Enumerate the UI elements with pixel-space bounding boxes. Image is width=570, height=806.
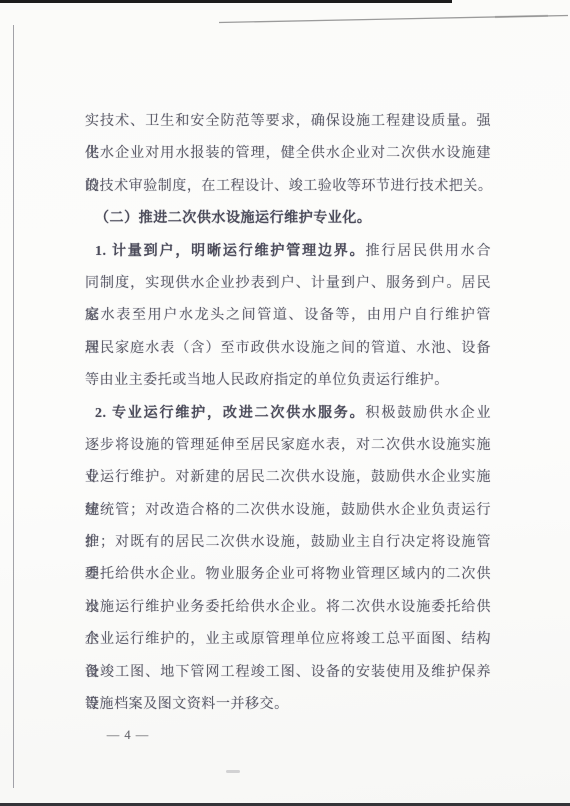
- text-line: 护；对既有的居民二次供水设施，鼓励业主自行决定将设施管理: [85, 527, 491, 559]
- document-body: 实技术、卫生和安全防范等要求，确保设施工程建设质量。强化供水企业对用水报装的管理…: [85, 106, 491, 721]
- text-line: 供水企业对用水报装的管理，健全供水企业对二次供水设施建设: [85, 138, 491, 170]
- text-line: 等由业主委托或当地人民政府指定的单位负责运行维护。: [85, 365, 491, 397]
- scan-smudge: [226, 770, 240, 773]
- body-text: 积极鼓励供水企业: [366, 406, 491, 421]
- body-text: 推行居民供用水合: [366, 244, 491, 259]
- text-line: 同制度，实现供水企业抄表到户、计量到户、服务到户。居民家: [85, 268, 491, 300]
- body-text: 等由业主委托或当地人民政府指定的单位负责运行维护。: [85, 373, 449, 388]
- text-line: 委托给供水企业。物业服务企业可将物业管理区域内的二次供水: [85, 559, 491, 591]
- heading-text: 2. 专业运行维护，改进二次供水服务。: [95, 406, 366, 421]
- text-line: 设施档案及图文资料一并移交。: [85, 689, 491, 721]
- text-line: 企业运行维护的，业主或原管理单位应将竣工总平面图、结构设: [85, 624, 491, 656]
- text-line: （二）推进二次供水设施运行维护专业化。: [85, 203, 491, 235]
- text-line: 庭水表至用户水龙头之间管道、设备等，由用户自行维护管理；: [85, 300, 491, 332]
- text-line: 逐步将设施的管理延伸至居民家庭水表，对二次供水设施实施专: [85, 430, 491, 462]
- body-text: 的技术审验制度，在工程设计、竣工验收等环节进行技术把关。: [85, 179, 492, 194]
- page-number: — 4 —: [97, 728, 159, 743]
- text-line: 设施运行维护业务委托给供水企业。将二次供水设施委托给供水: [85, 592, 491, 624]
- heading-text: 1. 计量到户，明晰运行维护管理边界。: [95, 244, 366, 259]
- body-text: 居民家庭水表（含）至市政供水设施之间的管道、水池、设备: [85, 341, 491, 356]
- text-line: 居民家庭水表（含）至市政供水设施之间的管道、水池、设备: [85, 333, 491, 365]
- text-line: 2. 专业运行维护，改进二次供水服务。积极鼓励供水企业: [85, 398, 491, 430]
- scanned-document-page: 实技术、卫生和安全防范等要求，确保设施工程建设质量。强化供水企业对用水报装的管理…: [0, 0, 570, 806]
- scan-edge-left: [13, 25, 14, 788]
- text-line: 实技术、卫生和安全防范等要求，确保设施工程建设质量。强化: [85, 106, 491, 138]
- text-line: 1. 计量到户，明晰运行维护管理边界。推行居民供用水合: [85, 236, 491, 268]
- text-line: 业运行维护。对新建的居民二次供水设施，鼓励供水企业实施统: [85, 462, 491, 494]
- text-line: 建统管；对改造合格的二次供水设施，鼓励供水企业负责运行维: [85, 495, 491, 527]
- body-text: 设施档案及图文资料一并移交。: [85, 697, 289, 712]
- text-line: 备竣工图、地下管网工程竣工图、设备的安装使用及维护保养等: [85, 657, 491, 689]
- scan-line-artifact: [0, 0, 570, 30]
- heading-text: （二）推进二次供水设施运行维护专业化。: [95, 211, 371, 226]
- text-line: 的技术审验制度，在工程设计、竣工验收等环节进行技术把关。: [85, 171, 491, 203]
